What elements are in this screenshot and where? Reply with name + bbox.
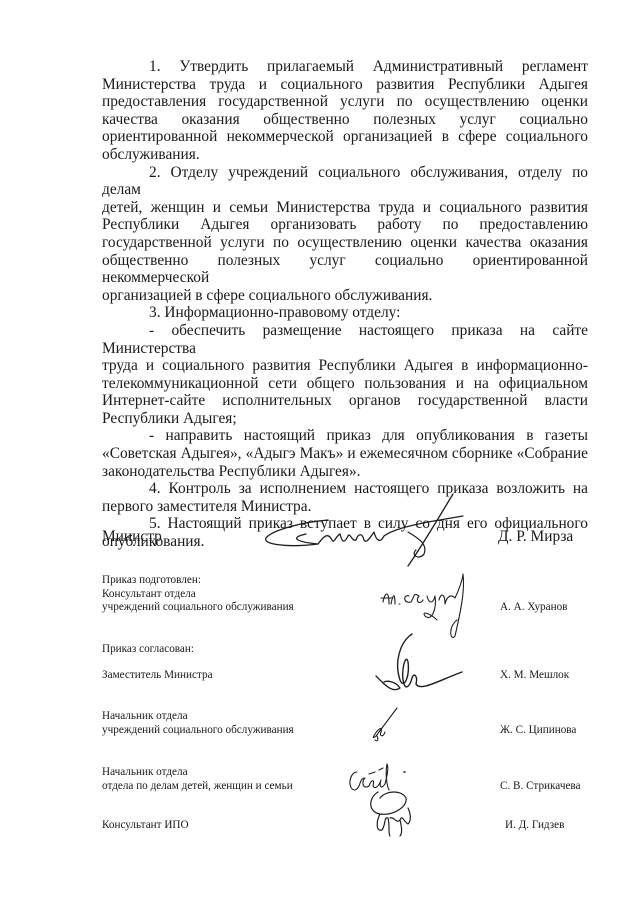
text-line: 1. Утвердить прилагаемый Административны… <box>102 58 588 76</box>
signatory-name: Д. Р. Мирза <box>498 528 573 546</box>
agreed-name: С. В. Стрикачева <box>500 780 581 794</box>
paragraph-3-item-a: - обеспечить размещение настоящего прика… <box>102 322 588 428</box>
agreed-position-line: отдела по делам детей, женщин и семьи <box>102 780 293 794</box>
text-line: государственной услуги по осуществлению … <box>102 234 588 252</box>
signatory-title: Министр <box>102 528 162 546</box>
text-line: 2. Отделу учреждений социального обслужи… <box>102 164 588 199</box>
text-line: детей, женщин и семьи Министерства труда… <box>102 199 588 217</box>
head-of-department-signature-icon <box>365 706 405 744</box>
prepared-heading: Приказ подготовлен: <box>102 574 201 588</box>
text-line: качества оказания общественно полезных у… <box>102 111 588 129</box>
text-line: Интернет-сайте исполнительных органов го… <box>102 392 588 410</box>
paragraph-4: 4. Контроль за исполнением настоящего пр… <box>102 480 588 515</box>
paragraph-1: 1. Утвердить прилагаемый Административны… <box>102 58 588 164</box>
text-line: - направить настоящий приказ для опублик… <box>102 427 588 445</box>
prepared-position-line: Консультант отдела <box>102 588 196 602</box>
text-line: ориентированной некоммерческой организац… <box>102 128 588 146</box>
order-body: 1. Утвердить прилагаемый Административны… <box>102 58 588 551</box>
agreed-heading: Приказ согласован: <box>102 643 194 657</box>
agreed-position-line: Заместитель Министра <box>102 669 213 683</box>
agreed-position-line: Начальник отдела <box>102 710 188 724</box>
text-line: Республики Адыгея организовать работу по… <box>102 216 588 234</box>
agreed-name: Х. М. Мешлок <box>500 669 569 683</box>
deputy-minister-signature-icon <box>370 632 465 697</box>
text-line: общественно полезных услуг социально ори… <box>102 252 588 287</box>
agreed-position-line: Консультант ИПО <box>102 819 189 833</box>
text-line: организацией в сфере социального обслужи… <box>102 287 588 305</box>
prepared-name: А. А. Хуранов <box>500 601 567 615</box>
family-department-signature-icon <box>343 760 413 798</box>
text-line: первого заместителя Министра. <box>102 498 588 516</box>
text-line: 4. Контроль за исполнением настоящего пр… <box>102 480 588 498</box>
text-line: телекоммуникационной сети общего пользов… <box>102 375 588 393</box>
text-line: Республики Адыгея; <box>102 410 588 428</box>
text-line: труда и социального развития Республики … <box>102 357 588 375</box>
text-line: - обеспечить размещение настоящего прика… <box>102 322 588 357</box>
prepared-position-line: учреждений социального обслуживания <box>102 601 294 615</box>
paragraph-2: 2. Отделу учреждений социального обслужи… <box>102 164 588 305</box>
text-line: 3. Информационно-правовому отделу: <box>102 304 588 322</box>
preparer-signature-icon <box>375 570 475 645</box>
text-line: предоставления государственной услуги по… <box>102 93 588 111</box>
agreed-position-line: учреждений социального обслуживания <box>102 724 294 738</box>
legal-consultant-signature-icon <box>366 788 426 838</box>
agreed-name: И. Д. Гидзев <box>505 819 564 833</box>
agreed-name: Ж. С. Ципинова <box>500 724 576 738</box>
text-line: законодательства Республики Адыгея». <box>102 463 588 481</box>
minister-signature-row: Министр Д. Р. Мирза <box>102 528 588 548</box>
document-page: 1. Утвердить прилагаемый Административны… <box>0 0 639 905</box>
paragraph-3: 3. Информационно-правовому отделу: <box>102 304 588 322</box>
text-line: обслуживания. <box>102 146 588 164</box>
paragraph-3-item-b: - направить настоящий приказ для опублик… <box>102 427 588 480</box>
agreed-position-line: Начальник отдела <box>102 766 188 780</box>
text-line: «Советская Адыгея», «Адыгэ Макъ» и ежеме… <box>102 445 588 463</box>
text-line: Министерства труда и социального развити… <box>102 76 588 94</box>
